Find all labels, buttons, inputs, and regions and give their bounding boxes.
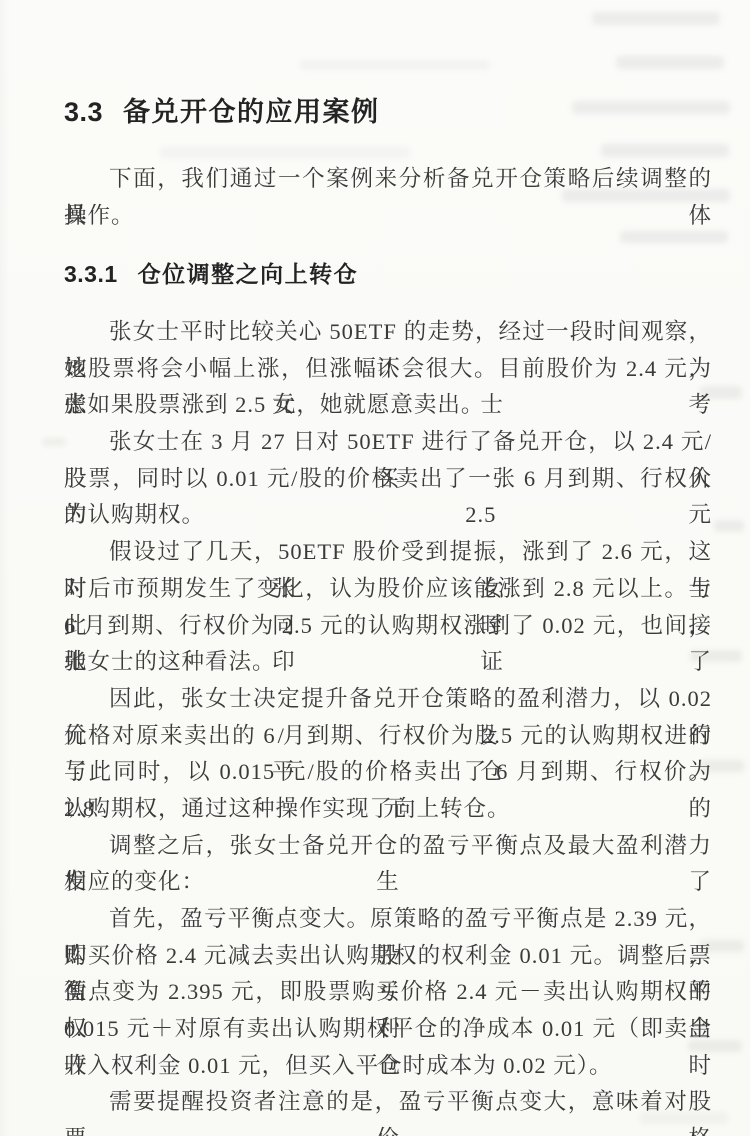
scan-bleed-artifact xyxy=(616,56,724,69)
scan-bleed-artifact xyxy=(42,438,66,446)
section-heading: 3.3备兑开仓的应用案例 xyxy=(64,90,712,129)
text-line: 与此同时，以 0.015 元/股的价格卖出了 6 月到期、行权价为 2.8 元的 xyxy=(64,754,712,791)
text-line: 张女士在 3 月 27 日对 50ETF 进行了备兑开仓，以 2.4 元/股买入 xyxy=(64,424,712,461)
text-line: 首先，盈亏平衡点变大。原策略的盈亏平衡点是 2.39 元，即股票 xyxy=(64,901,712,938)
section-number: 3.3 xyxy=(64,97,103,127)
paragraph-intro: 下面，我们通过一个案例来分析备兑开仓策略后续调整的具体 操作。 xyxy=(64,160,712,234)
scan-bleed-artifact xyxy=(714,520,744,532)
text-line: 张女士平时比较关心 50ETF 的走势，经过一段时间观察，她认为 xyxy=(64,314,712,351)
text-line: 股票，同时以 0.01 元/股的价格卖出了一张 6 月到期、行权价为 2.5 元 xyxy=(64,461,712,498)
text-line: 价格对原来卖出的 6 月到期、行权价为 2.5 元的认购期权进行了平仓。 xyxy=(64,718,712,755)
text-line: 假设过了几天，50ETF 股价受到提振，涨到了 2.6 元，这时张女士 xyxy=(64,534,712,571)
text-line: 0.015 元＋对原有卖出认购期权平仓的净成本 0.01 元（即卖出开仓时 xyxy=(64,1011,712,1048)
subsection-title: 仓位调整之向上转仓 xyxy=(138,261,359,287)
subsection-heading: 3.3.1仓位调整之向上转仓 xyxy=(64,256,712,289)
scan-page-edge-shadow xyxy=(0,0,10,1136)
text-line: 衡点变为 2.395 元，即股票购买价格 2.4 元－卖出认购期权的权利金 xyxy=(64,974,712,1011)
body-text: 张女士平时比较关心 50ETF 的走势，经过一段时间观察，她认为 该股票将会小幅… xyxy=(64,314,712,1121)
text-line: 该股票将会小幅上涨，但涨幅不会很大。目前股价为 2.4 元，张女士考 xyxy=(64,351,712,388)
text-line: 6 月到期、行权价为 2.5 元的认购期权涨到了 0.02 元，也间接地印证了 xyxy=(64,608,712,645)
scan-bleed-artifact xyxy=(160,147,410,158)
scan-bleed-artifact xyxy=(601,144,729,157)
text-line: 下面，我们通过一个案例来分析备兑开仓策略后续调整的具体 xyxy=(64,160,712,197)
book-page: 3.3备兑开仓的应用案例 下面，我们通过一个案例来分析备兑开仓策略后续调整的具体… xyxy=(0,0,750,1136)
section-title: 备兑开仓的应用案例 xyxy=(123,97,380,127)
scan-bleed-artifact xyxy=(592,12,720,25)
subsection-number: 3.3.1 xyxy=(64,261,118,287)
text-line: 购买价格 2.4 元减去卖出认购期权的权利金 0.01 元。调整后，盈亏平 xyxy=(64,938,712,975)
scan-bleed-artifact xyxy=(300,60,490,70)
text-line: 调整之后，张女士备兑开仓的盈亏平衡点及最大盈利潜力发生了 xyxy=(64,828,712,865)
text-line: 因此，张女士决定提升备兑开仓策略的盈利潜力，以 0.02 元/股的 xyxy=(64,681,712,718)
text-line: 对后市预期发生了变化，认为股价应该能涨到 2.8 元以上。与此同时， xyxy=(64,571,712,608)
text-line: 需要提醒投资者注意的是，盈亏平衡点变大，意味着对股票价格 xyxy=(64,1084,712,1121)
